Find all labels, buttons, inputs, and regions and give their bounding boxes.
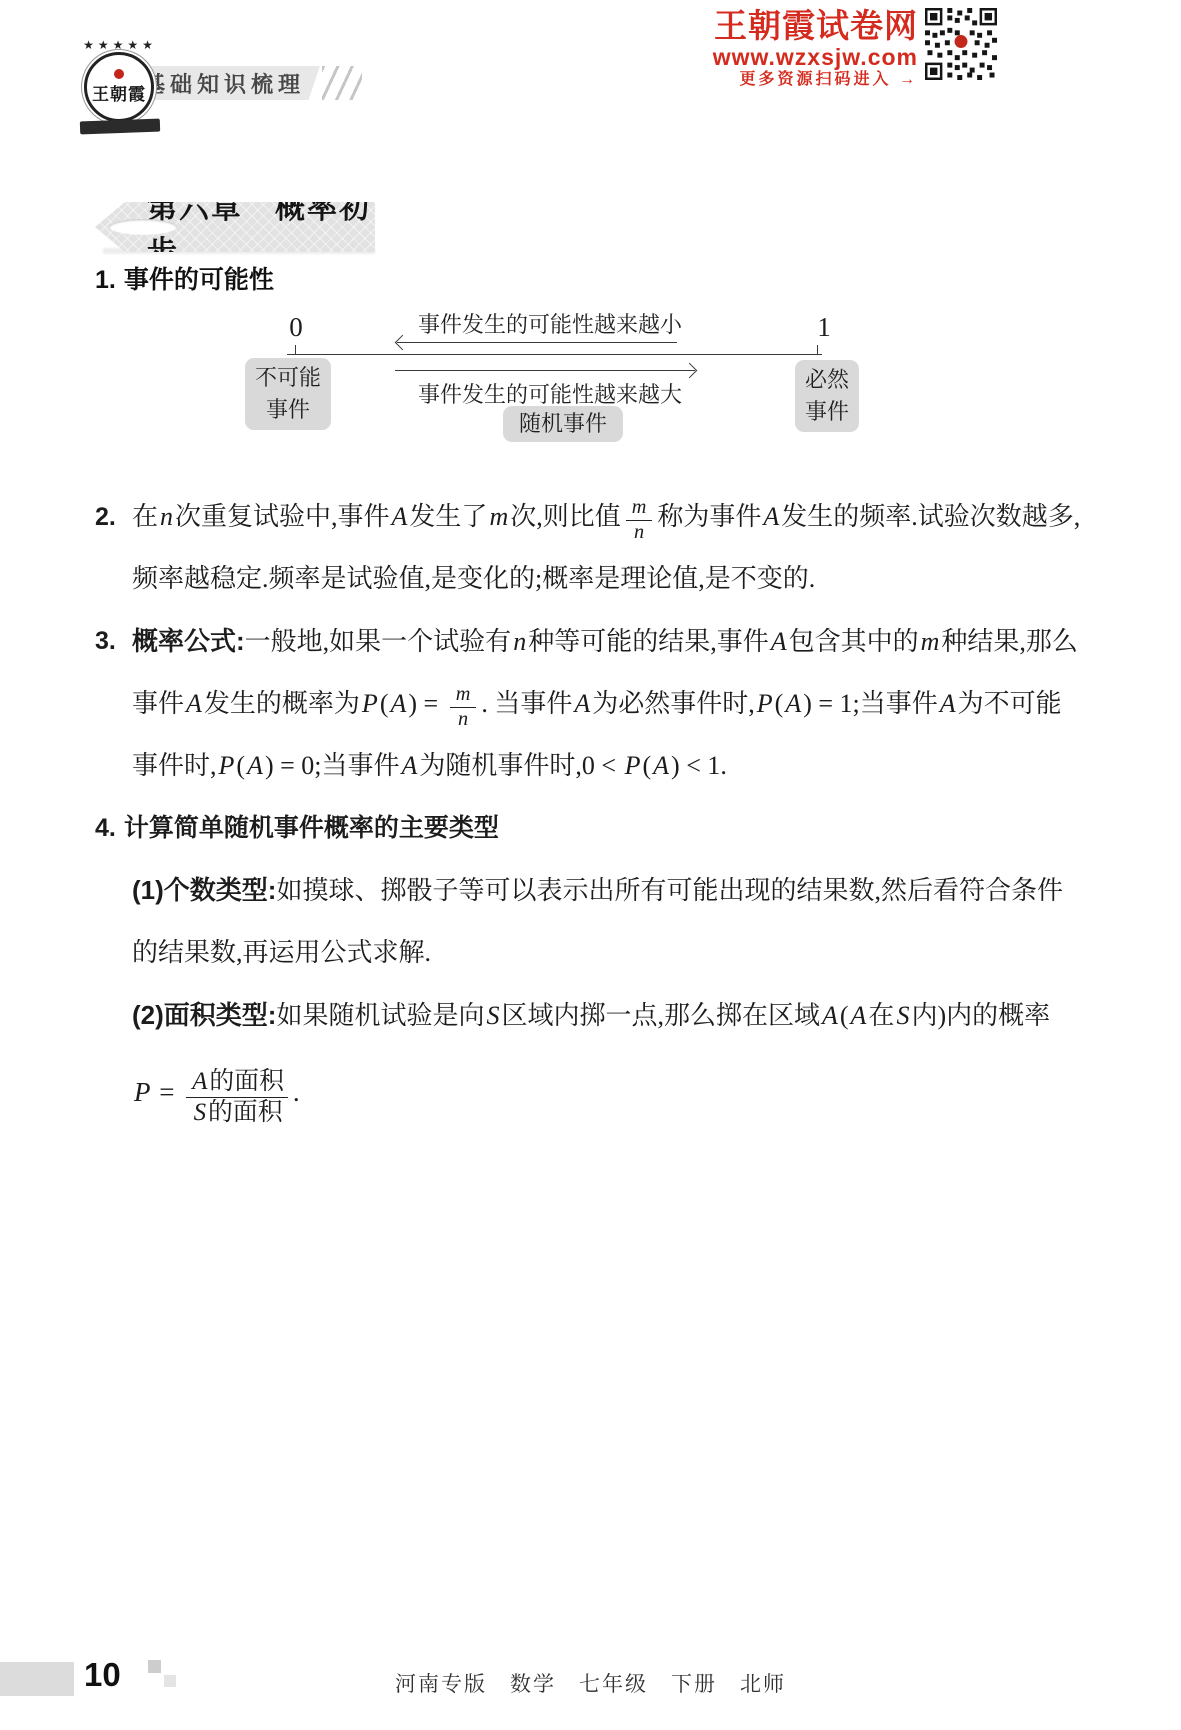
- item-3-paragraph: 3. 概率公式:一般地,如果一个试验有n种等可能的结果,事件A包含其中的m种结果…: [95, 610, 1087, 797]
- section-4-title: 计算简单随机事件概率的主要类型: [124, 814, 499, 842]
- item-4-1-paragraph: (1)个数类型:如摸球、掷骰子等可以表示出所有可能出现的结果数,然后看符合条件的…: [95, 859, 1087, 984]
- item-2-paragraph: 2. 在n次重复试验中,事件A发生了m次,则比值mn称为事件A发生的频率.试验次…: [95, 486, 1087, 610]
- body-content: 2. 在n次重复试验中,事件A发生了m次,则比值mn称为事件A发生的频率.试验次…: [95, 486, 1087, 1137]
- publisher-logo-badge: ★★★★★ 王朝霞: [72, 38, 168, 142]
- logo-circle: 王朝霞: [84, 52, 154, 122]
- scale-axis-line: [287, 354, 822, 355]
- section-1-title: 事件的可能性: [124, 266, 274, 294]
- arrow-left-icon: [397, 342, 677, 343]
- section-4-heading: 4.计算简单随机事件概率的主要类型: [95, 797, 1087, 859]
- qr-code: [925, 8, 997, 80]
- item-4-1-text: (1)个数类型:如摸球、掷骰子等可以表示出所有可能出现的结果数,然后看符合条件的…: [132, 876, 1063, 967]
- item-2-number: 2.: [95, 486, 116, 548]
- brand-block: 王朝霞试卷网 www.wzxsjw.com 更多资源扫码进入 →: [700, 8, 918, 90]
- logo-ribbon: [80, 119, 160, 135]
- logo-name: 王朝霞: [92, 80, 146, 105]
- banner-slashes-decoration: [322, 66, 362, 100]
- item-3-number: 3.: [95, 610, 116, 672]
- random-event-box: 随机事件: [503, 406, 623, 442]
- section-1-number: 1.: [95, 266, 116, 294]
- item-4-2-text: (2)面积类型:如果随机试验是向S区域内掷一点,那么掷在区域A(A在S内)内的概…: [132, 1001, 1050, 1030]
- item-2-text: 在n次重复试验中,事件A发生了m次,则比值mn称为事件A发生的频率.试验次数越多…: [132, 502, 1080, 593]
- brand-tagline: 更多资源扫码进入 →: [700, 70, 918, 90]
- edition-info: 河南专版 数学 七年级 下册 北师: [0, 1668, 1181, 1698]
- impossible-event-box: 不可能 事件: [245, 358, 331, 430]
- probability-scale-diagram: 0 1 事件发生的可能性越来越小 不可能 事件 事件发生的可能性越来越大 随机事…: [95, 308, 1085, 488]
- arrow-right-icon: [395, 370, 695, 371]
- logo-seal-icon: [114, 69, 124, 79]
- brand-url: www.wzxsjw.com: [700, 44, 918, 70]
- area-probability-formula: P = A的面积S的面积.: [132, 1047, 1087, 1137]
- item-3-text: 概率公式:一般地,如果一个试验有n种等可能的结果,事件A包含其中的m种结果,那么…: [132, 627, 1078, 780]
- scale-min-label: 0: [281, 312, 311, 343]
- brand-title: 王朝霞试卷网: [700, 8, 918, 44]
- textbook-page: 基础知识梳理 ★★★★★ 王朝霞 王朝霞试卷网 www.wzxsjw.com 更…: [0, 0, 1181, 1730]
- tag-hole-icon: [109, 219, 177, 235]
- section-1-heading: 1.事件的可能性: [95, 260, 274, 296]
- chapter-title-banner: 第六章 概率初步: [95, 202, 375, 252]
- certain-event-box: 必然 事件: [795, 360, 859, 432]
- item-4-2-paragraph: (2)面积类型:如果随机试验是向S区域内掷一点,那么掷在区域A(A在S内)内的概…: [95, 984, 1087, 1047]
- likelihood-larger-label: 事件发生的可能性越来越大: [390, 378, 710, 409]
- logo-stars-icon: ★★★★★: [72, 38, 168, 53]
- section-4-number: 4.: [95, 814, 116, 842]
- scale-max-label: 1: [809, 312, 839, 343]
- likelihood-smaller-label: 事件发生的可能性越来越小: [395, 308, 705, 339]
